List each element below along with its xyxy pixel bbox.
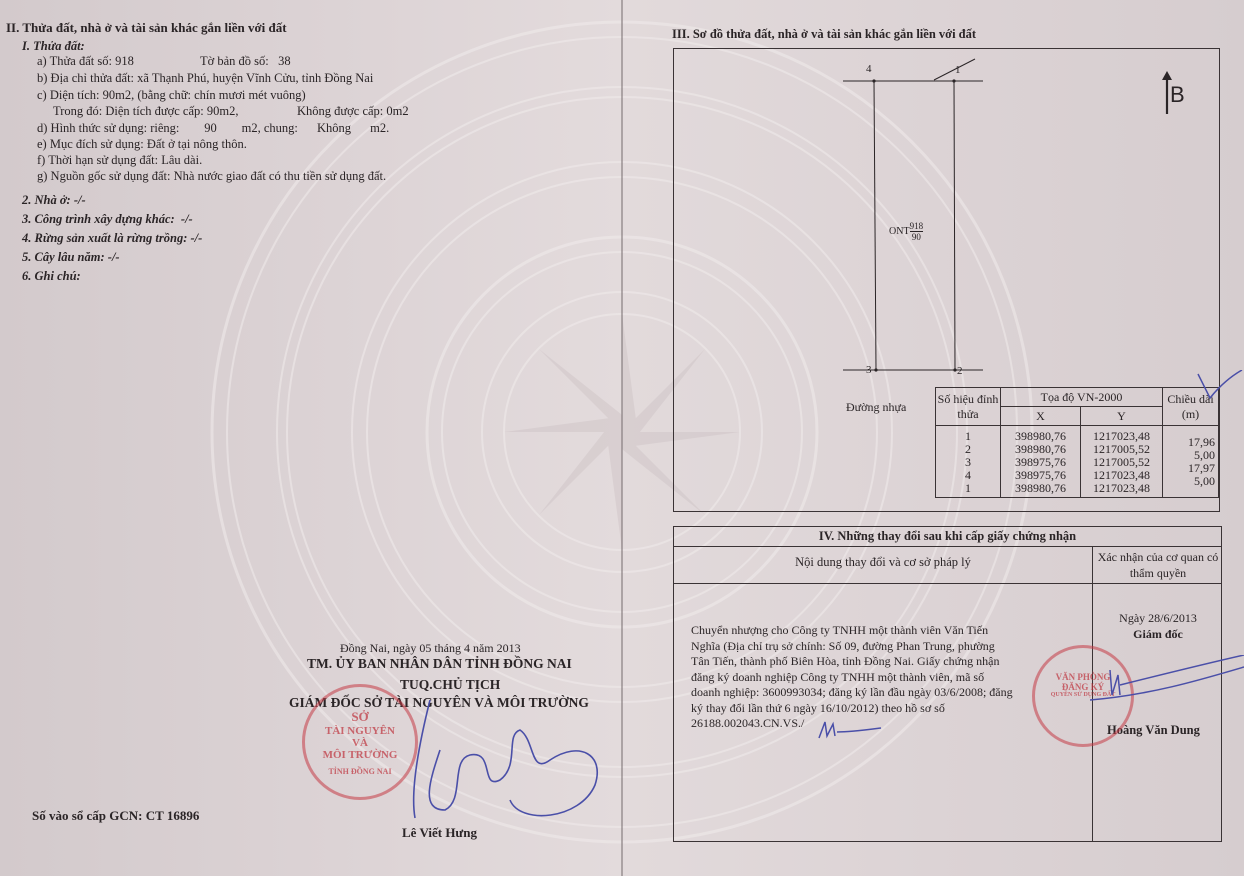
y-column: 1217023,481217005,521217005,521217023,48… (1081, 426, 1163, 498)
changes-table: IV. Những thay đổi sau khi cấp giấy chứn… (673, 526, 1222, 842)
header-x: X (1001, 407, 1081, 426)
header-y: Y (1081, 407, 1163, 426)
vertex-1-label: 1 (955, 64, 961, 76)
change-entry: Chuyển nhượng cho Công ty TNHH một thành… (691, 623, 1073, 732)
confirm-date: Ngày 28/6/2013 (1095, 611, 1221, 626)
changes-title: IV. Những thay đổi sau khi cấp giấy chứn… (674, 527, 1221, 547)
length-column: 17,965,0017,975,00 (1163, 426, 1219, 498)
vertex-2-label: 2 (957, 365, 963, 377)
header-coord-system: Tọa độ VN-2000 (1001, 388, 1163, 407)
col-content-header: Nội dung thay đổi và cơ sở pháp lý (674, 555, 1092, 570)
vertex-column: 12341 (936, 426, 1001, 498)
coordinates-table: Số hiệu đỉnh thửa Tọa độ VN-2000 Chiều d… (935, 387, 1219, 498)
header-length: Chiều dài (m) (1163, 388, 1219, 426)
vertex-3-label: 3 (866, 364, 872, 376)
col-confirm-header: Xác nhận của cơ quan có thẩm quyền (1095, 549, 1221, 581)
vertex-4-label: 4 (866, 63, 872, 75)
confirm-title: Giám đốc (1095, 627, 1221, 642)
official-stamp-right: VĂN PHÒNG ĐĂNG KÝ QUYỀN SỬ DỤNG ĐẤT (1032, 645, 1134, 747)
north-indicator: B (1170, 82, 1185, 108)
parcel-label: ONT91890 (889, 221, 923, 242)
road-label: Đường nhựa (846, 400, 906, 415)
header-vertex: Số hiệu đỉnh thửa (936, 388, 1001, 426)
header-divider (674, 583, 1221, 584)
x-column: 398980,76398980,76398975,76398975,763989… (1001, 426, 1081, 498)
